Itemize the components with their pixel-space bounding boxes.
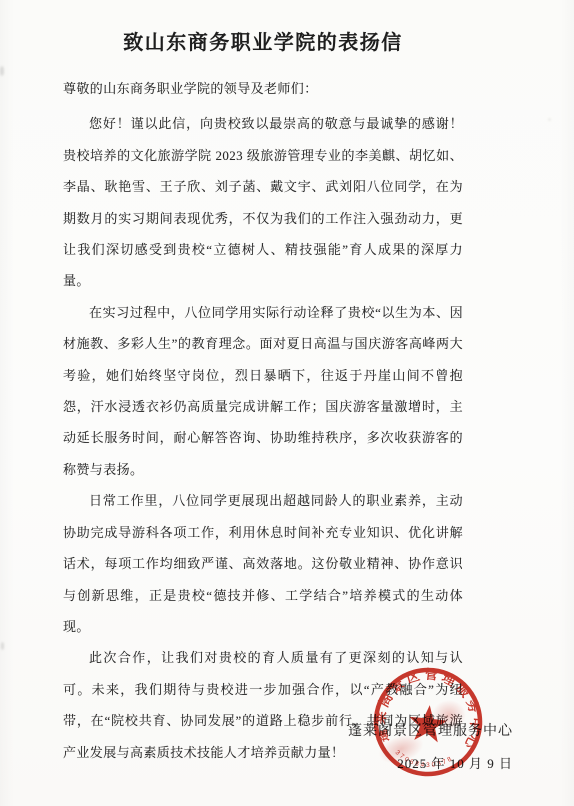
body-paragraph: 在实习过程中，八位同学用实际行动诠释了贵校“以生为本、因材施教、多彩人生”的教育… [63,297,463,485]
scan-speck [0,66,4,76]
scan-speck [548,118,551,121]
scan-speck [1,642,4,650]
body-paragraph: 您好！谨以此信，向贵校致以最崇高的敬意与最诚挚的感谢！贵校培养的文化旅游学院 2… [63,108,463,296]
body-paragraph: 日常工作里，八位同学更展现出超越同龄人的职业素养，主动协助完成导游科各项工作，利… [63,485,463,642]
letter-title: 致山东商务职业学院的表扬信 [63,26,463,55]
letter-page: 致山东商务职业学院的表扬信 尊敬的山东商务职业学院的领导及老师们： 您好！谨以此… [0,0,574,806]
official-seal: 蓬莱阁景区管理服务中心 37068430378 [360,654,496,790]
star-icon [407,703,449,743]
salutation: 尊敬的山东商务职业学院的领导及老师们： [63,73,463,104]
